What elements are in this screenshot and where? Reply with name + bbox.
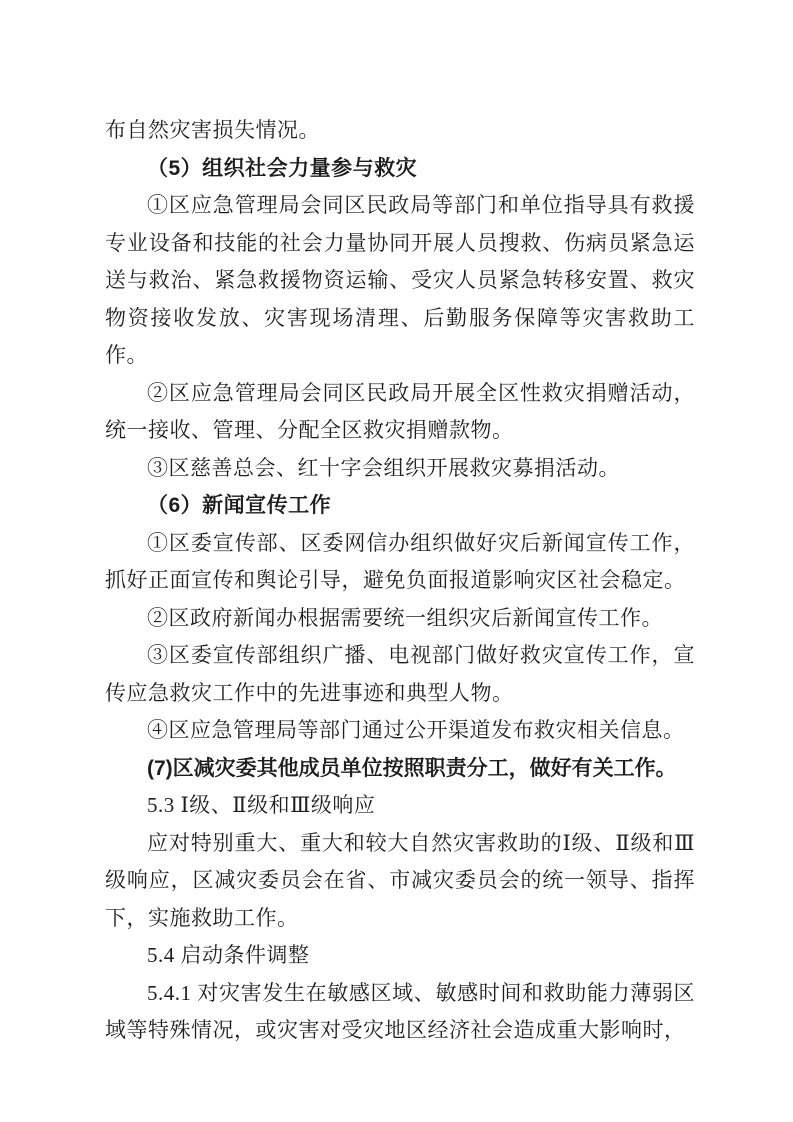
subsection-heading-5-4: 5.4 启动条件调整 [105,937,695,975]
paragraph: 5.4.1 对灾害发生在敏感区域、敏感时间和救助能力薄弱区域等特殊情况，或灾害对… [105,975,695,1050]
document-page: 布自然灾害损失情况。 （5）组织社会力量参与救灾 ①区应急管理局会同区民政局等部… [0,0,793,1122]
section-heading-7: (7)区减灾委其他成员单位按照职责分工，做好有关工作。 [105,750,695,788]
paragraph: ④区应急管理局等部门通过公开渠道发布救灾相关信息。 [105,712,695,750]
section-heading-6: （6）新闻宣传工作 [105,487,695,525]
paragraph: ①区应急管理局会同区民政局等部门和单位指导具有救援专业设备和技能的社会力量协同开… [105,187,695,375]
paragraph-continuation: 布自然灾害损失情况。 [105,112,695,150]
paragraph: ③区慈善总会、红十字会组织开展救灾募捐活动。 [105,450,695,488]
paragraph: ②区政府新闻办根据需要统一组织灾后新闻宣传工作。 [105,600,695,638]
paragraph: ②区应急管理局会同区民政局开展全区性救灾捐赠活动，统一接收、管理、分配全区救灾捐… [105,375,695,450]
section-heading-5: （5）组织社会力量参与救灾 [105,150,695,188]
paragraph: ③区委宣传部组织广播、电视部门做好救灾宣传工作，宣传应急救灾工作中的先进事迹和典… [105,637,695,712]
paragraph: 应对特别重大、重大和较大自然灾害救助的Ⅰ级、Ⅱ级和Ⅲ级响应，区减灾委员会在省、市… [105,825,695,938]
paragraph: ①区委宣传部、区委网信办组织做好灾后新闻宣传工作，抓好正面宣传和舆论引导，避免负… [105,525,695,600]
subsection-heading-5-3: 5.3 Ⅰ级、Ⅱ级和Ⅲ级响应 [105,787,695,825]
